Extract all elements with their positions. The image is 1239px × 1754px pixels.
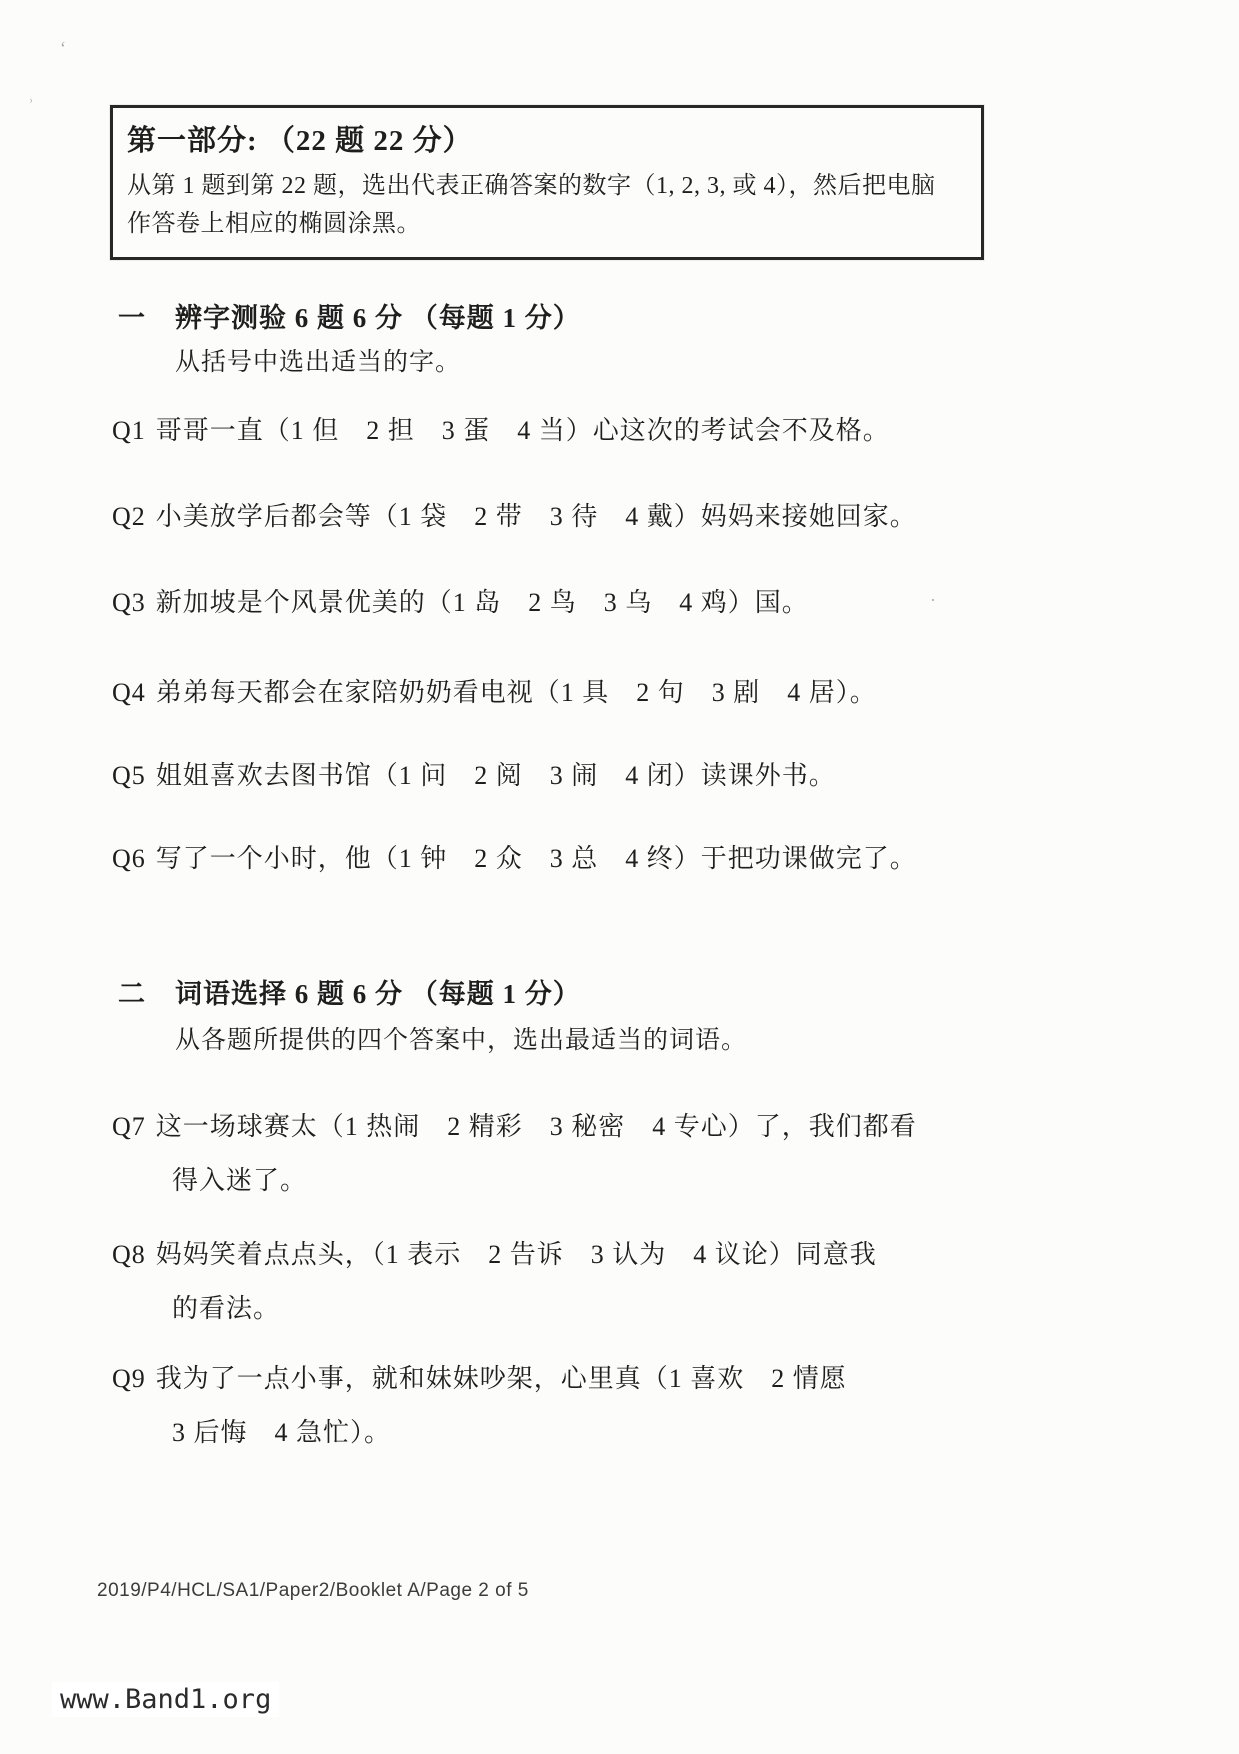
question-label: Q9: [112, 1364, 146, 1393]
question-q1: Q1哥哥一直（1 但 2 担 3 蛋 4 当）心这次的考试会不及格。: [112, 412, 890, 450]
question-label: Q7: [112, 1112, 146, 1141]
question-text: 新加坡是个风景优美的（1 岛 2 鸟 3 乌 4 鸡）国。: [156, 588, 809, 617]
question-text: 这一场球赛太（1 热闹 2 精彩 3 秘密 4 专心）了，我们都看: [156, 1112, 917, 1141]
instruction-line-2: 作答卷上相应的椭圆涂黑。: [127, 205, 967, 243]
section-1-title: 辨字测验 6 题 6 分 （每题 1 分）: [175, 296, 581, 335]
question-text: 姐姐喜欢去图书馆（1 问 2 阅 3 闹 4 闭）读课外书。: [156, 761, 836, 790]
question-label: Q5: [112, 761, 146, 790]
question-q3: Q3新加坡是个风景优美的（1 岛 2 鸟 3 乌 4 鸡）国。: [112, 584, 809, 622]
question-text: 弟弟每天都会在家陪奶奶看电视（1 具 2 句 3 剧 4 居）。: [156, 678, 877, 707]
section-2-subheading: 从各题所提供的四个答案中，选出最适当的词语。: [175, 1020, 747, 1056]
question-q5: Q5姐姐喜欢去图书馆（1 问 2 阅 3 闹 4 闭）读课外书。: [112, 757, 836, 795]
question-text: 妈妈笑着点点头，（1 表示 2 告诉 3 认为 4 议论）同意我: [156, 1240, 877, 1269]
scan-artifact: ʾ: [28, 96, 34, 117]
scan-artifact: ·: [930, 590, 936, 611]
question-q7: Q7这一场球赛太（1 热闹 2 精彩 3 秘密 4 专心）了，我们都看 得入迷了…: [112, 1108, 917, 1200]
section-2-number: 二: [118, 972, 175, 1011]
part-title: 第一部分: （22 题 22 分）: [127, 118, 967, 159]
question-q8: Q8妈妈笑着点点头，（1 表示 2 告诉 3 认为 4 议论）同意我 的看法。: [112, 1236, 877, 1328]
question-q6: Q6写了一个小时，他（1 钟 2 众 3 总 4 终）于把功课做完了。: [112, 840, 917, 878]
section-one-instruction-box: 第一部分: （22 题 22 分） 从第 1 题到第 22 题，选出代表正确答案…: [110, 105, 984, 260]
scanned-exam-page: ʻ ʾ · 第一部分: （22 题 22 分） 从第 1 题到第 22 题，选出…: [0, 0, 1239, 1754]
page-footer-reference: 2019/P4/HCL/SA1/Paper2/Booklet A/Page 2 …: [97, 1580, 529, 1602]
question-label: Q1: [112, 416, 146, 445]
question-label: Q8: [112, 1240, 146, 1269]
question-label: Q3: [112, 588, 146, 617]
question-text: 我为了一点小事，就和妹妹吵架，心里真（1 喜欢 2 情愿: [156, 1364, 847, 1393]
question-text: 小美放学后都会等（1 袋 2 带 3 待 4 戴）妈妈来接她回家。: [156, 502, 917, 531]
question-text: 哥哥一直（1 但 2 担 3 蛋 4 当）心这次的考试会不及格。: [156, 416, 890, 445]
question-q9: Q9我为了一点小事，就和妹妹吵架，心里真（1 喜欢 2 情愿 3 后悔 4 急忙…: [112, 1360, 847, 1452]
question-label: Q2: [112, 502, 146, 531]
question-label: Q4: [112, 678, 146, 707]
question-text-line2: 得入迷了。: [112, 1162, 917, 1200]
question-q2: Q2小美放学后都会等（1 袋 2 带 3 待 4 戴）妈妈来接她回家。: [112, 498, 917, 536]
section-2-title: 词语选择 6 题 6 分 （每题 1 分）: [175, 972, 581, 1011]
question-text-line2: 的看法。: [112, 1290, 877, 1328]
section-1-subheading: 从括号中选出适当的字。: [175, 342, 461, 378]
instruction-line-1: 从第 1 题到第 22 题，选出代表正确答案的数字（1, 2, 3, 或 4），…: [127, 167, 967, 205]
watermark-band1: www.Band1.org: [52, 1682, 279, 1717]
question-q4: Q4弟弟每天都会在家陪奶奶看电视（1 具 2 句 3 剧 4 居）。: [112, 674, 877, 712]
question-label: Q6: [112, 844, 146, 873]
question-text: 写了一个小时，他（1 钟 2 众 3 总 4 终）于把功课做完了。: [156, 844, 917, 873]
section-1-number: 一: [118, 296, 175, 335]
section-2-heading: 二 词语选择 6 题 6 分 （每题 1 分）: [118, 972, 581, 1011]
scan-artifact: ʻ: [60, 38, 66, 59]
section-1-heading: 一 辨字测验 6 题 6 分 （每题 1 分）: [118, 296, 581, 335]
question-text-line2: 3 后悔 4 急忙）。: [112, 1414, 847, 1452]
